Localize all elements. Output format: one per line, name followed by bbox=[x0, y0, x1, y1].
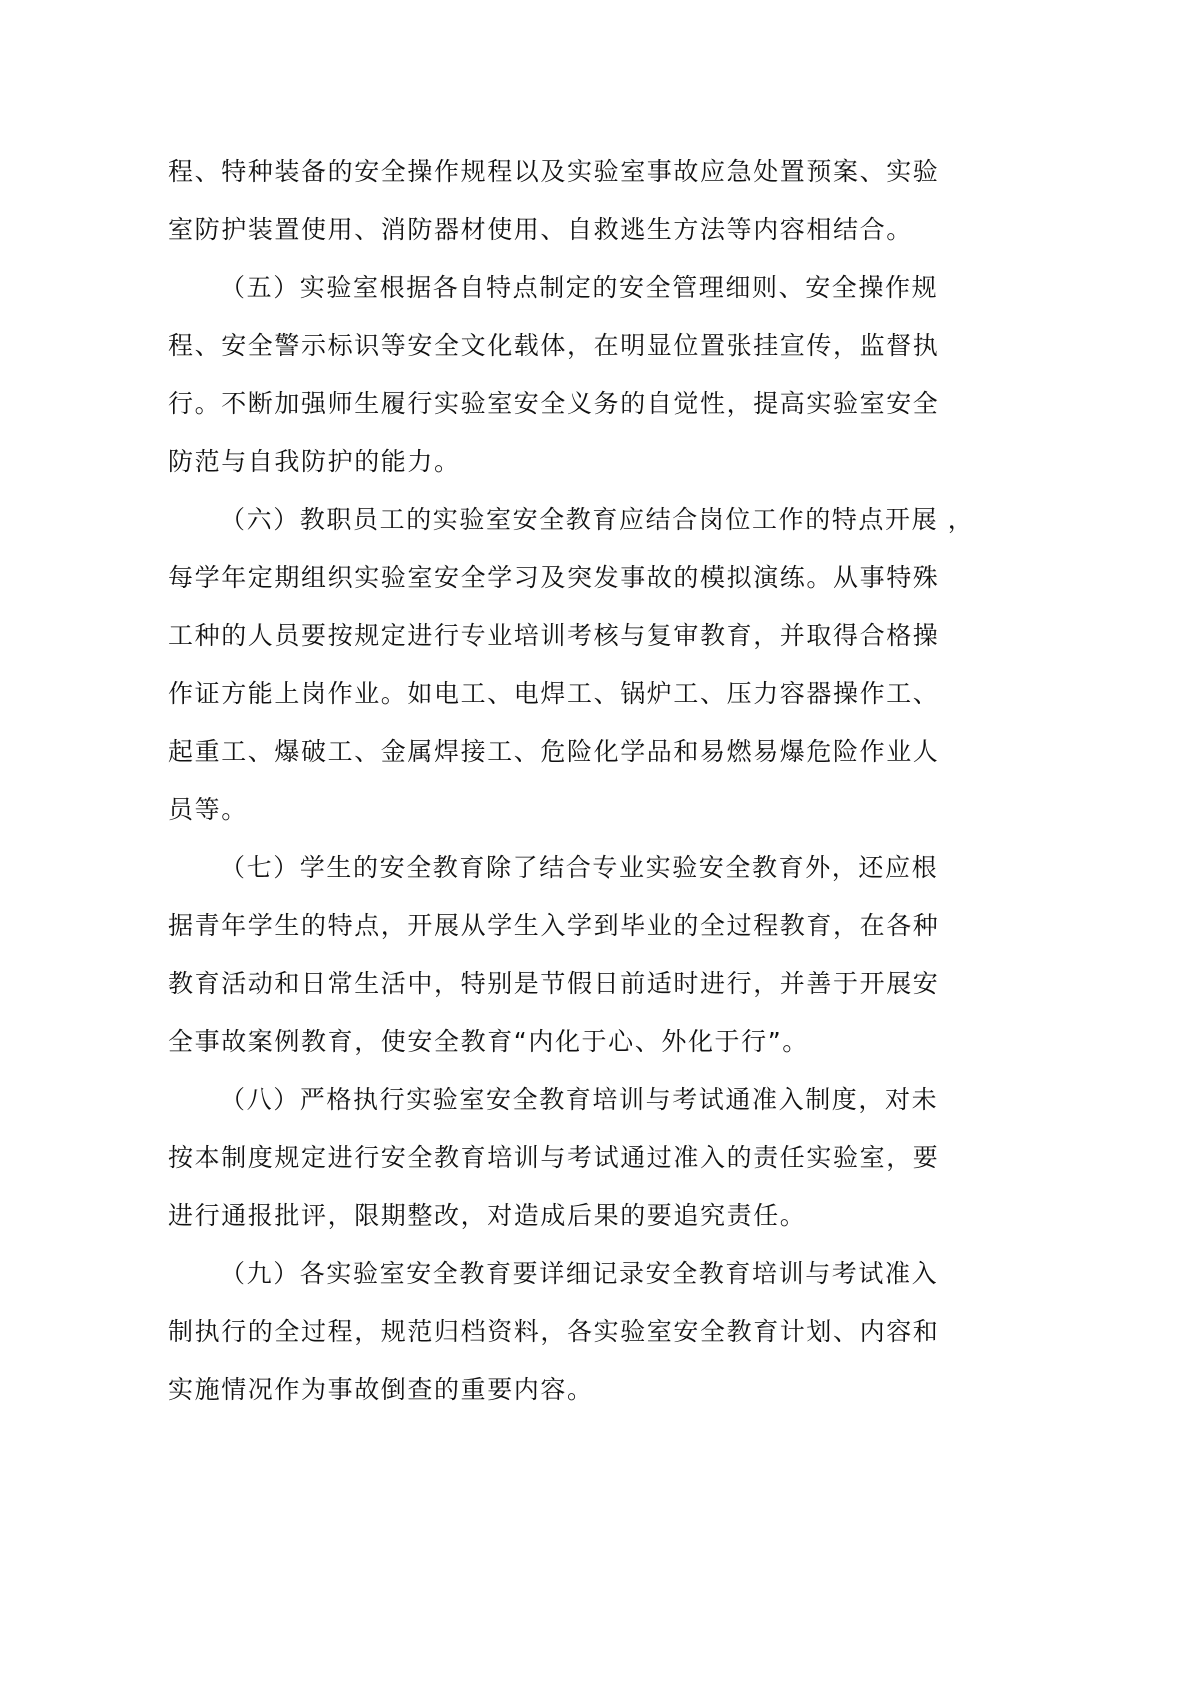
text-line: 进行通报批评，限期整改，对造成后果的要追究责任。 bbox=[168, 1187, 943, 1245]
text-line: 每学年定期组织实验室安全学习及突发事故的模拟演练。从事特殊 bbox=[168, 549, 943, 607]
text-line: 实施情况作为事故倒查的重要内容。 bbox=[168, 1361, 943, 1419]
text-line: （八）严格执行实验室安全教育培训与考试通准入制度，对未 bbox=[168, 1071, 943, 1129]
text-line: （七）学生的安全教育除了结合专业实验安全教育外，还应根 bbox=[168, 839, 943, 897]
paragraph-item-8: （八）严格执行实验室安全教育培训与考试通准入制度，对未 按本制度规定进行安全教育… bbox=[168, 1071, 943, 1245]
paragraph-item-5: （五）实验室根据各自特点制定的安全管理细则、安全操作规 程、安全警示标识等安全文… bbox=[168, 259, 943, 491]
document-body: 程、特种装备的安全操作规程以及实验室事故应急处置预案、实验 室防护装置使用、消防… bbox=[168, 143, 943, 1419]
text-line: 行。不断加强师生履行实验室安全义务的自觉性，提高实验室安全 bbox=[168, 375, 943, 433]
text-line: 制执行的全过程，规范归档资料，各实验室安全教育计划、内容和 bbox=[168, 1303, 943, 1361]
text-line: 据青年学生的特点，开展从学生入学到毕业的全过程教育，在各种 bbox=[168, 897, 943, 955]
text-line: 室防护装置使用、消防器材使用、自救逃生方法等内容相结合。 bbox=[168, 201, 943, 259]
text-line: 防范与自我防护的能力。 bbox=[168, 433, 943, 491]
text-line: 员等。 bbox=[168, 781, 943, 839]
paragraph-item-7: （七）学生的安全教育除了结合专业实验安全教育外，还应根 据青年学生的特点，开展从… bbox=[168, 839, 943, 1071]
text-line: （五）实验室根据各自特点制定的安全管理细则、安全操作规 bbox=[168, 259, 943, 317]
paragraph-continuation: 程、特种装备的安全操作规程以及实验室事故应急处置预案、实验 室防护装置使用、消防… bbox=[168, 143, 943, 259]
paragraph-item-9: （九）各实验室安全教育要详细记录安全教育培训与考试准入 制执行的全过程，规范归档… bbox=[168, 1245, 943, 1419]
text-line: 起重工、爆破工、金属焊接工、危险化学品和易燃易爆危险作业人 bbox=[168, 723, 943, 781]
document-page: 程、特种装备的安全操作规程以及实验室事故应急处置预案、实验 室防护装置使用、消防… bbox=[0, 0, 1190, 1683]
paragraph-item-6: （六）教职员工的实验室安全教育应结合岗位工作的特点开展 ， 每学年定期组织实验室… bbox=[168, 491, 943, 839]
text-line: 全事故案例教育，使安全教育“内化于心、外化于行”。 bbox=[168, 1013, 943, 1071]
text-line: 作证方能上岗作业。如电工、电焊工、锅炉工、压力容器操作工、 bbox=[168, 665, 943, 723]
text-line: （六）教职员工的实验室安全教育应结合岗位工作的特点开展 ， bbox=[168, 491, 943, 549]
text-line: 程、特种装备的安全操作规程以及实验室事故应急处置预案、实验 bbox=[168, 143, 943, 201]
text-line: 按本制度规定进行安全教育培训与考试通过准入的责任实验室，要 bbox=[168, 1129, 943, 1187]
text-line: 程、安全警示标识等安全文化载体，在明显位置张挂宣传，监督执 bbox=[168, 317, 943, 375]
text-line: （九）各实验室安全教育要详细记录安全教育培训与考试准入 bbox=[168, 1245, 943, 1303]
text-line: 工种的人员要按规定进行专业培训考核与复审教育，并取得合格操 bbox=[168, 607, 943, 665]
text-line: 教育活动和日常生活中，特别是节假日前适时进行，并善于开展安 bbox=[168, 955, 943, 1013]
